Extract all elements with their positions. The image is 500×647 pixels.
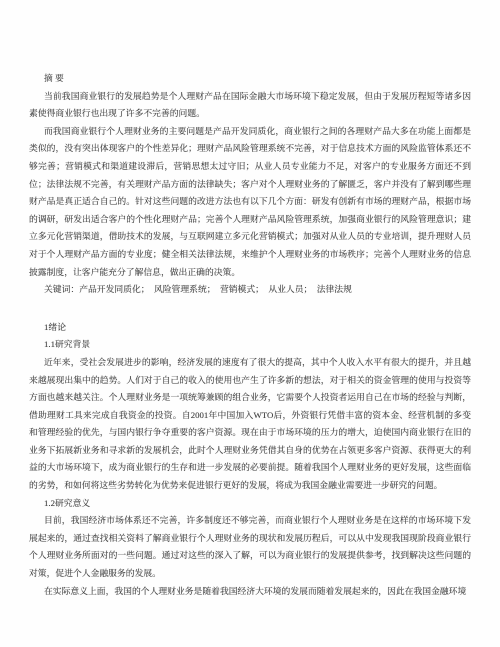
- abstract-paragraph: 而我国商业银行个人理财业务的主要问题是产品开发同质化，商业银行之间的各理财产品大…: [29, 123, 471, 281]
- body-paragraph: 近年来，受社会发展进步的影响，经济发展的速度有了很大的提高，其中个人收入水平有很…: [29, 354, 471, 495]
- abstract-heading: 摘 要: [29, 70, 471, 88]
- keywords-line: 关键词：产品开发同质化； 风险管理系统； 营销模式； 从业人员； 法律法规: [29, 281, 471, 299]
- document-page: 摘 要 当前我国商业银行的发展趋势是个人理财产品在国际金融大市场环境下稳定发展，…: [0, 0, 500, 647]
- section-1-2-heading: 1.2研究意义: [29, 495, 471, 513]
- document-content: 摘 要 当前我国商业银行的发展趋势是个人理财产品在国际金融大市场环境下稳定发展，…: [0, 0, 500, 600]
- abstract-paragraph: 当前我国商业银行的发展趋势是个人理财产品在国际金融大市场环境下稳定发展，但由于发…: [29, 88, 471, 123]
- body-paragraph: 在实际意义上面，我国的个人理财业务是随着我国经济大环境的发展而随着发展起来的，因…: [29, 583, 471, 601]
- chapter-heading: 1绪论: [29, 319, 471, 337]
- body-paragraph: 目前，我国经济市场体系还不完善，许多制度还不够完善，而商业银行个人理财业务是在这…: [29, 512, 471, 582]
- section-1-1-heading: 1.1研究背景: [29, 336, 471, 354]
